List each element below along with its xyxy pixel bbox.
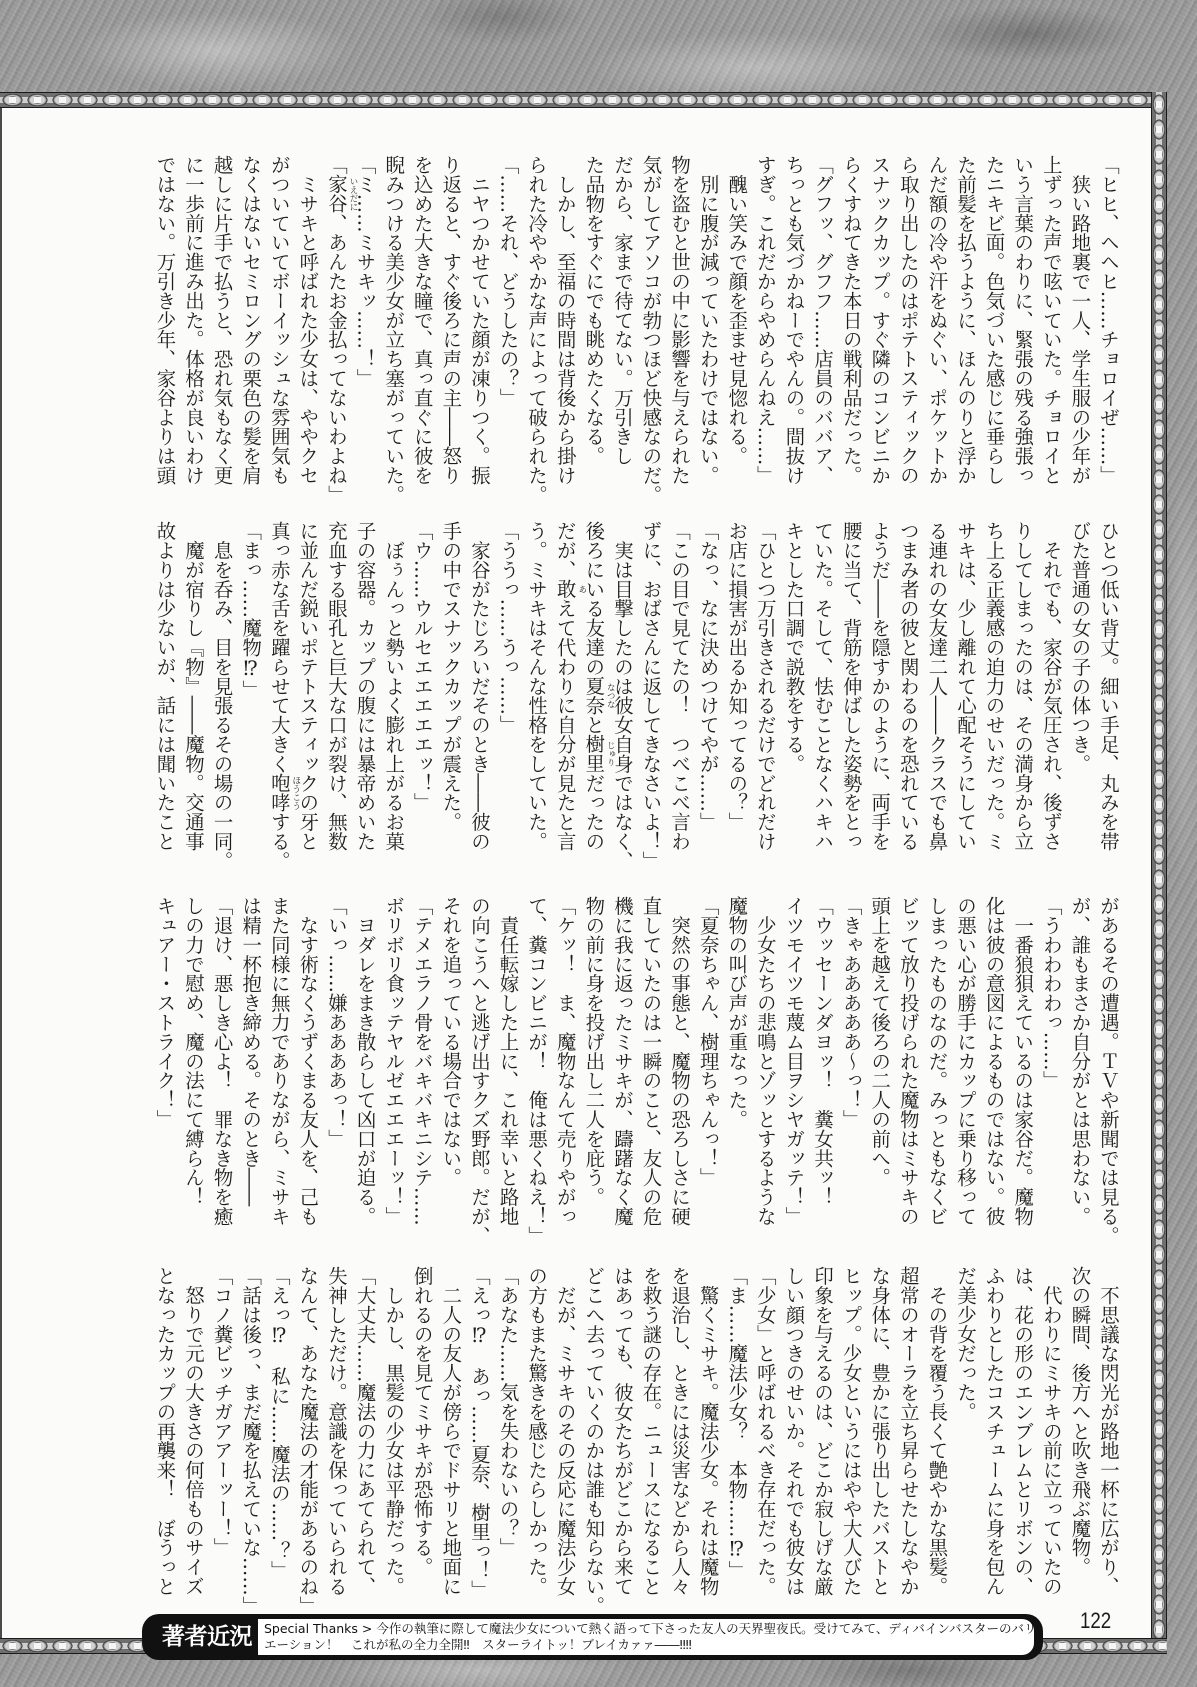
ruby-annotated-word: 樹里じゅり [582, 734, 605, 773]
text-column: は、花の形のエンブレムとリボンの、 [1008, 1266, 1037, 1611]
text-tier-4: 不思議な閃光が路地一杯に広がり、次の瞬間、後方へと吹き飛ぶ魔物。 代わりにミサキ… [150, 1266, 1122, 1611]
text-column: 不思議な閃光が路地一杯に広がり、 [1093, 1266, 1122, 1611]
text-column: びた普通の女の子の体つき。 [1065, 521, 1094, 866]
text-column: 「少女」と呼ばれるべき存在だった。 [750, 1266, 779, 1611]
text-column: 頭上を越えて後ろの二人の前へ。 [865, 896, 894, 1241]
text-column: はあっても、彼女たちがどこから来て [607, 1266, 636, 1611]
text-column: 睨みつける美少女が立ち塞がっていた。 [379, 155, 408, 500]
text-segment: と [582, 715, 605, 734]
text-column: いう言葉のわりに、緊張の残る強張っ [1008, 155, 1037, 500]
text-column: ヨダレをまき散らして凶口が迫る。 [350, 896, 379, 1241]
text-column: 越しに片手で払うと、恐れ気もなく更 [207, 155, 236, 500]
text-column: 上ずった声で呟いていた。チョロイと [1036, 155, 1065, 500]
text-column: 別に腹が減っていたわけではない。 [693, 155, 722, 500]
text-column: つまみ者の彼と関わるのを恐れている [893, 521, 922, 866]
ruby-base-text: 樹里 [582, 734, 605, 773]
text-column: しかし、黒髪の少女は平静だった。 [379, 1266, 408, 1611]
ruby-base-text: 夏奈 [582, 676, 605, 715]
text-column: 魔物の叫び声が重なった。 [722, 896, 751, 1241]
text-column: ボリボリ食ッテヤルゼエエエーッ！」 [379, 896, 408, 1241]
text-column: は精一杯抱き締める。そのとき―― [236, 896, 265, 1241]
text-column: ミサキと呼ばれた少女は、ややクセ [293, 155, 322, 500]
text-column: 超常のオーラを立ち昇らせたしなやか [893, 1266, 922, 1611]
ruby-annotated-word: 咆哮ほうこう [268, 773, 291, 812]
text-column: だ美少女だった。 [950, 1266, 979, 1611]
ruby-annotated-word: 夏奈なつな [582, 676, 605, 715]
text-column: があるその遭遇。ＴＶや新聞では見る。 [1093, 896, 1122, 1241]
text-column: ニヤつかせていた顔が凍りつく。振 [464, 155, 493, 500]
text-column: る連れの女友達二人――クラスでも鼻 [922, 521, 951, 866]
text-column: 子の容器。カップの腹には暴帝めいた [350, 521, 379, 866]
text-column: 化は彼の意図によるものではない。彼 [979, 896, 1008, 1241]
text-column: 怒りで元の大きさの何倍ものサイズ [178, 1266, 207, 1611]
text-column: それでも、家谷が気圧され、後ずさ [1036, 521, 1065, 866]
text-column: ではない。万引き少年、家谷よりは頭 [150, 155, 179, 500]
text-column: 少女たちの悲鳴とゾッとするような [750, 896, 779, 1241]
text-column: 責任転嫁した上に、これ幸いと路地 [493, 896, 522, 1241]
text-column: らくすねてきた本日の戦利品だった。 [836, 155, 865, 500]
ruby-reading: ほうこう [291, 773, 300, 812]
text-column: だが、敢あえて代わりに自分が見たと言 [550, 521, 579, 866]
text-column: 物の前に身を投げ出し二人を庇う。 [579, 896, 608, 1241]
text-column: 「ウ……ウルセエエエエエッ！」 [407, 521, 436, 866]
text-column: 突然の事態と、魔物の恐ろしさに硬 [664, 896, 693, 1241]
text-segment: だったの [582, 773, 605, 851]
text-column: 故よりは少ないが、話には聞いたこと [150, 521, 179, 866]
text-column: その背を覆う長くて艶やかな黒髪。 [922, 1266, 951, 1611]
text-column: を込めた大きな瞳で、真っ直ぐに彼を [407, 155, 436, 500]
text-column: しかし、至福の時間は背後から掛け [550, 155, 579, 500]
text-column: んだ額の冷や汗をぬぐい、ポケットか [922, 155, 951, 500]
text-column: 「えっ⁉ あっ……夏奈、樹里っ！」 [464, 1266, 493, 1611]
text-column: スナックカップ。すぐ隣のコンビニか [865, 155, 894, 500]
text-column: 「家谷いえだに、あんたお金払ってないわよね」 [321, 155, 350, 500]
text-column: ヒップ。少女というにはやや大人びた [836, 1266, 865, 1611]
author-notes-box: 著者近況 Special Thanks > 今作の執筆に際して魔法少女について熱… [142, 1614, 1043, 1660]
text-column: 「あなた……気を失わないの？」 [493, 1266, 522, 1611]
text-segment: えて代わりに自分が見たと言 [554, 599, 577, 851]
text-column: だから、家まで待てない。万引きし [607, 155, 636, 500]
text-column: 「……それ、どうしたの？」 [493, 155, 522, 500]
text-segment: だが、 [554, 521, 577, 579]
author-notes-line: エーション！ これが私の全力全開‼ スターライトッ！ブレイカァァ――‼‼ [264, 1637, 1034, 1653]
text-column: ひとつ低い背丈。細い手足、丸みを帯 [1093, 521, 1122, 866]
text-segment: 真っ赤な舌を躍らせて大きく [268, 521, 291, 773]
text-column: 倒れるのを見てミサキが恐怖する。 [407, 1266, 436, 1611]
text-column: ちっとも気づかねーでやんの。間抜け [779, 155, 808, 500]
text-column: 後ろにいる友達の夏奈なつなと樹里じゅりだったの [579, 521, 608, 866]
text-column: 「ひとつ万引きされるだけでどれだけ [750, 521, 779, 866]
text-column: どこへ去っていくのかは誰も知らない。 [579, 1266, 608, 1611]
ruby-reading: いえだに [348, 174, 357, 213]
text-column: た品物をすぐにでも眺めたくなる。 [579, 155, 608, 500]
text-column: ていた。そして、怯むことなくハキハ [807, 521, 836, 866]
text-column: 次の瞬間、後方へと吹き飛ぶ魔物。 [1065, 1266, 1094, 1611]
text-column: 「ヒヒ、ヘヘヒ……チョロイぜ……」 [1093, 155, 1122, 500]
text-column: サキは、少し離れて心配そうにしてい [950, 521, 979, 866]
ruby-reading: じゅり [605, 734, 614, 773]
text-column: しまったものなのだ。みっともなくビ [922, 896, 951, 1241]
text-column: キとした口調で説教をする。 [779, 521, 808, 866]
text-column: しい顔つきのせいか。それでも彼女は [779, 1266, 808, 1611]
text-column: なくはないセミロングの栗色の髪を肩 [236, 155, 265, 500]
text-column: なす術なくうずくまる友人を、己も [293, 896, 322, 1241]
text-column: られた冷ややかな声によって破られた。 [522, 155, 551, 500]
text-column: 腰に当て、背筋を伸ばした姿勢をとっ [836, 521, 865, 866]
text-column: た前髪を払うように、ほんのりと浮か [950, 155, 979, 500]
text-column: すぎ。これだからやめらんねえ……」 [750, 155, 779, 500]
text-column: 「えっ⁉ 私に……魔法の……？」 [264, 1266, 293, 1611]
text-column: 二人の友人が傍らでドサリと地面に [436, 1266, 465, 1611]
text-column: ようだ――を隠すかのように、両手を [865, 521, 894, 866]
text-column: 息を呑み、目を見張るその場の一同。 [207, 521, 236, 866]
text-column: キュアー・ストライク！」 [150, 896, 179, 1241]
text-column: う。ミサキはそんな性格をしていた。 [522, 521, 551, 866]
text-tier-3: があるその遭遇。ＴＶや新聞では見る。が、誰もまさか自分がとは思わない。「うわわわ… [150, 896, 1122, 1241]
text-column: 気がしてアソコが勃つほど快感なのだ。 [636, 155, 665, 500]
text-column: 「ケッ！ ま、魔物なんて売りやがっ [550, 896, 579, 1241]
text-column: 代わりにミサキの前に立っていたの [1036, 1266, 1065, 1611]
text-column: 「退け、悪しき心よ！ 罪なき物を癒 [207, 896, 236, 1241]
text-column: 「ま……魔法少女？ 本物……⁉」 [722, 1266, 751, 1611]
text-column: の向こうへと逃げ出すクズ野郎。だが、 [464, 896, 493, 1241]
text-column: それを追っている場合ではない。 [436, 896, 465, 1241]
text-column: の悪い心が勝手にカップに乗り移って [950, 896, 979, 1241]
text-column: たニキビ面。色気づいた感じに垂らし [979, 155, 1008, 500]
text-column: 醜い笑みで顔を歪ませ見惚れる。 [722, 155, 751, 500]
chain-border-top [0, 92, 1167, 108]
text-column: て、糞コンビニが！ 俺は悪くねえ！」 [522, 896, 551, 1241]
text-segment: 、あんたお金払ってないわよね」 [325, 213, 348, 504]
page-number: 122 [1080, 1608, 1111, 1634]
text-column: りしてしまったのは、その満身から立 [1008, 521, 1037, 866]
text-column: ずに、おばさんに返してきなさいよ！」 [636, 521, 665, 866]
text-column: り返ると、すぐ後ろに声の主――怒り [436, 155, 465, 500]
text-column: イツモイツモ蔑ム目ヲシヤガッテ！」 [779, 896, 808, 1241]
text-column: 「いっ……嫌ああああっ！」 [321, 896, 350, 1241]
text-column: 魔が宿りし『物』――魔物。交通事 [178, 521, 207, 866]
text-column: 「ううっ……うっ……」 [493, 521, 522, 866]
text-column: 一番狼狽えているのは家谷だ。魔物 [1008, 896, 1037, 1241]
ruby-reading: なつな [605, 676, 614, 715]
text-column: に一歩前に進み出た。体格が良いわけ [178, 155, 207, 500]
text-column: を救う謎の存在。ニュースになること [636, 1266, 665, 1611]
text-column: 真っ赤な舌を躍らせて大きく咆哮ほうこうする。 [264, 521, 293, 866]
text-column: 狭い路地裏で一人、学生服の少年が [1065, 155, 1094, 500]
text-column: 「テメエラノ骨をバキバキニシテ…… [407, 896, 436, 1241]
text-column: の方もまた驚きを感じたらしかった。 [522, 1266, 551, 1611]
text-column: 失神しただけ。意識を保っていられる [321, 1266, 350, 1611]
ruby-annotated-word: 敢あ [554, 579, 577, 598]
text-column: 物を盗むと世の中に影響を与えられた [664, 155, 693, 500]
text-column: がついていてボーイッシュな雰囲気も [264, 155, 293, 500]
text-column: 「コノ糞ビッチガアアーッー！」 [207, 1266, 236, 1611]
text-column: を退治し、ときには災害などから人々 [664, 1266, 693, 1611]
text-column: 機に我に返ったミサキが、躊躇なく魔 [607, 896, 636, 1241]
ruby-annotated-word: 家谷いえだに [325, 174, 348, 213]
ruby-base-text: 咆哮 [268, 773, 291, 812]
text-column: 手の中でスナックカップが震えた。 [436, 521, 465, 866]
text-column: ビッて放り投げられた魔物はミサキの [893, 896, 922, 1241]
chain-border-right [1151, 92, 1167, 1654]
text-column: 充血する眼孔と巨大な口が裂け、無数 [321, 521, 350, 866]
text-segment: 後ろにいる友達の [582, 521, 605, 676]
text-column: が、誰もまさか自分がとは思わない。 [1065, 896, 1094, 1241]
ruby-base-text: 家谷 [325, 174, 348, 213]
text-column: お店に損害が出るか知ってるの？」 [722, 521, 751, 866]
author-notes-label: 著者近況 [162, 1622, 252, 1652]
text-column: 「きゃあああああ～っ！」 [836, 896, 865, 1241]
ruby-reading: あ [577, 579, 586, 598]
text-column: 「なっ、なに決めつけてやが……」 [693, 521, 722, 866]
text-column: 「グフッ、グフフ……店員のババア、 [807, 155, 836, 500]
text-column: だが、ミサキのその反応に魔法少女 [550, 1266, 579, 1611]
text-column: 驚くミサキ。魔法少女。それは魔物 [693, 1266, 722, 1611]
text-column: 「この目で見てたの！ つべこべ言わ [664, 521, 693, 866]
text-column: となったカップの再襲来！ ぼうっと [150, 1266, 179, 1611]
text-column: 「話は後っ、まだ魔を払えていな……」 [236, 1266, 265, 1611]
text-column: ら取り出したのはポテトスティックの [893, 155, 922, 500]
author-notes-line: Special Thanks > 今作の執筆に際して魔法少女について熱く語って下… [264, 1621, 1034, 1637]
ruby-base-text: 敢 [554, 579, 577, 598]
text-column: 家谷がたじろいだそのとき――彼の [464, 521, 493, 866]
text-tier-2: ひとつ低い背丈。細い手足、丸みを帯びた普通の女の子の体つき。 それでも、家谷が気… [150, 521, 1122, 866]
text-tier-1: 「ヒヒ、ヘヘヒ……チョロイぜ……」 狭い路地裏で一人、学生服の少年が上ずった声で… [150, 155, 1122, 500]
text-column: 「夏奈ちゃん、樹理ちゃんっ！」 [693, 896, 722, 1241]
text-column: また同様に無力でありながら、ミサキ [264, 896, 293, 1241]
text-column: 「まっ……魔物⁉」 [236, 521, 265, 866]
text-column: しの力で慰め、魔の法にて縛らん！ [178, 896, 207, 1241]
text-column: な身体に、豊かに張り出したバストと [865, 1266, 894, 1611]
text-segment: する。 [268, 812, 291, 870]
text-column: ち上る正義感の迫力のせいだった。ミ [979, 521, 1008, 866]
text-column: 「うわわわわっ……」 [1036, 896, 1065, 1241]
text-column: 「大丈夫……魔法の力にあてられて、 [350, 1266, 379, 1611]
text-column: 印象を与えるのは、どこか寂しげな厳 [807, 1266, 836, 1611]
text-column: ふわりとしたコスチュームに身を包ん [979, 1266, 1008, 1611]
text-column: ぼぅんっと勢いよく膨れ上がるお菓 [379, 521, 408, 866]
text-segment: 「 [325, 155, 348, 174]
text-column: 「ウッセーンダヨッ！ 糞女共ッ！ [807, 896, 836, 1241]
text-column: 直していたのは一瞬のこと、友人の危 [636, 896, 665, 1241]
author-notes-text: Special Thanks > 今作の執筆に際して魔法少女について熱く語って下… [258, 1619, 1034, 1655]
text-column: なんて、あなた魔法の才能があるのね」 [293, 1266, 322, 1611]
text-column: に並んだ鋭いポテトスティックの牙と [293, 521, 322, 866]
